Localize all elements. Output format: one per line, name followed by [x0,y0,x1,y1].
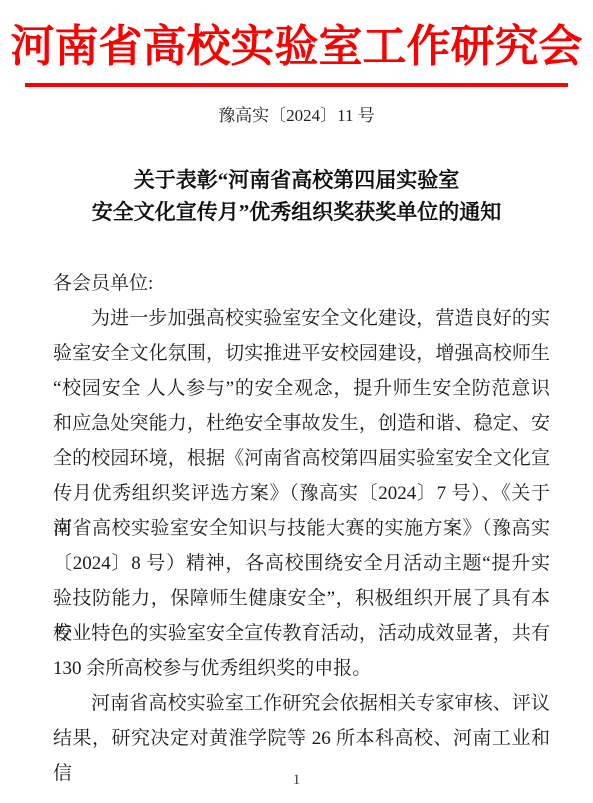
body-line: 〔2024〕8 号）精神，各高校围绕安全月活动主题“提升实 [53,546,550,581]
letterhead-title: 河南省高校实验室工作研究会 [0,19,593,75]
body-line: 验技防能力，保障师生健康安全”，积极组织开展了具有本校 [53,581,550,616]
document-title: 关于表彰“河南省高校第四届实验室 安全文化宣传月”优秀组织奖获奖单位的通知 [0,164,593,228]
body-line: 南省高校实验室安全知识与技能大赛的实施方案》（豫高实 [53,511,550,546]
page-number: 1 [0,772,593,789]
title-line-2: 安全文化宣传月”优秀组织奖获奖单位的通知 [0,196,593,228]
body-line: 130 余所高校参与优秀组织奖的申报。 [53,651,550,686]
body-line: “校园安全 人人参与”的安全观念，提升师生安全防范意识 [53,371,550,406]
body-line: 河南省高校实验室工作研究会依据相关专家审核、评议 [53,686,550,721]
document-page: 河南省高校实验室工作研究会 豫高实〔2024〕11 号 关于表彰“河南省高校第四… [0,0,593,803]
letterhead-divider [25,83,568,87]
body-line: 结果，研究决定对黄淮学院等 26 所本科高校、河南工业和信 [53,721,550,756]
body-line: 为进一步加强高校实验室安全文化建设，营造良好的实 [53,301,550,336]
doc-number: 豫高实〔2024〕11 号 [0,105,593,127]
document-body: 各会员单位: 为进一步加强高校实验室安全文化建设，营造良好的实 验室安全文化氛围… [53,266,550,756]
body-line: 验室安全文化氛围，切实推进平安校园建设，增强高校师生 [53,336,550,371]
title-line-1: 关于表彰“河南省高校第四届实验室 [0,164,593,196]
body-line: 传月优秀组织奖评选方案》（豫高实〔2024〕7 号）、《关于河 [53,476,550,511]
salutation-line: 各会员单位: [53,266,550,301]
body-line: 全的校园环境，根据《河南省高校第四届实验室安全文化宣 [53,441,550,476]
body-line: 专业特色的实验室安全宣传教育活动，活动成效显著，共有 [53,616,550,651]
body-line: 和应急处突能力，杜绝安全事故发生，创造和谐、稳定、安 [53,406,550,441]
